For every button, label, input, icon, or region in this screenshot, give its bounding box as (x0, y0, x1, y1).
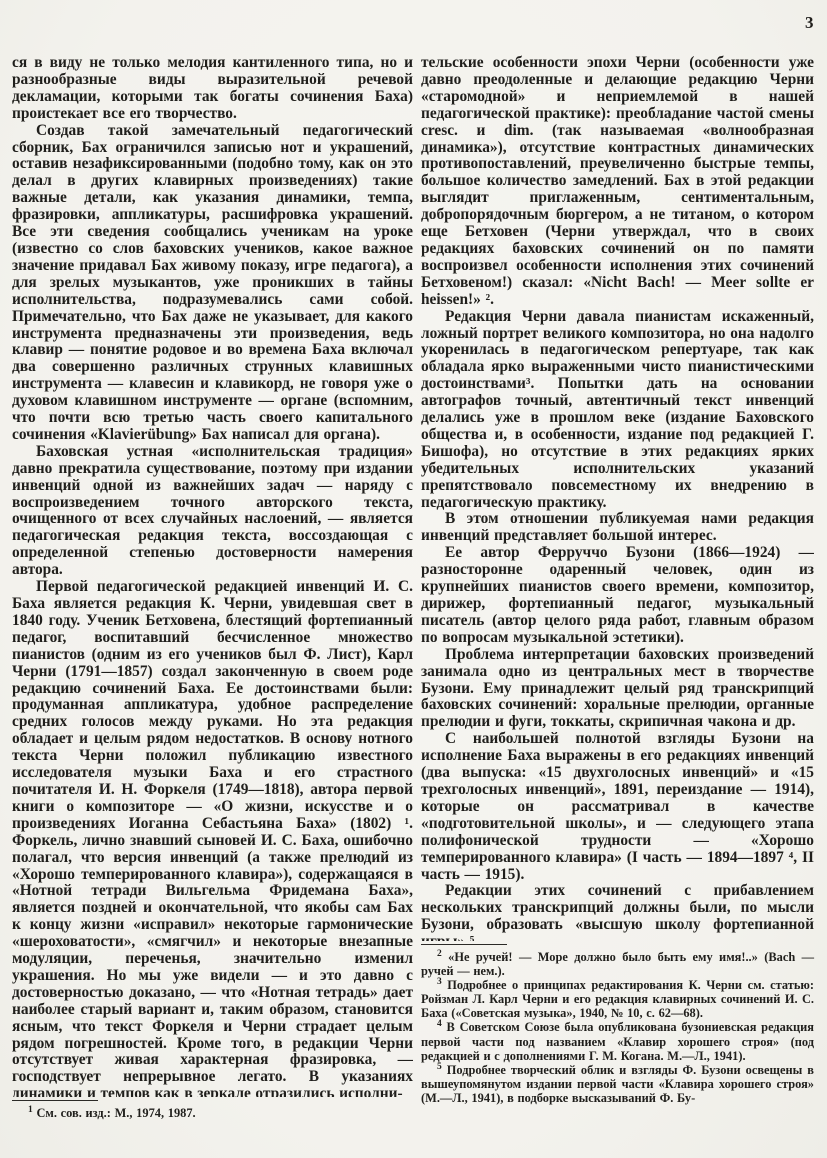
footnote: 5 Подробнее творческий облик и взгляды Ф… (421, 1063, 814, 1105)
footnote: 3 Подробнее о принципах редактирования К… (421, 978, 814, 1020)
scanned-book-page: 3 ся в виду не только мелодия кантиленно… (0, 0, 827, 1158)
footnote-marker: 2 (437, 949, 442, 959)
paragraph: Редакция Черни давала пианистам искаженн… (421, 309, 814, 512)
paragraph: Ее автор Ферруччо Бузони (1866—1924) — р… (421, 545, 814, 646)
footnote-text: «Не ручей! — Море должно было быть ему и… (421, 950, 814, 978)
footnote-marker: 5 (437, 1062, 442, 1072)
paragraph: Редакции этих сочинений с прибавлением н… (421, 883, 814, 941)
footnote-text: Подробнее о принципах редактирования К. … (421, 978, 814, 1020)
footnote: 1 См. сов. изд.: М., 1974, 1987. (12, 1106, 412, 1120)
left-column: ся в виду не только мелодия кантиленного… (12, 55, 413, 1097)
footnote-marker: 4 (437, 1019, 442, 1029)
left-footnotes: 1 См. сов. изд.: М., 1974, 1987. (12, 1100, 412, 1120)
paragraph: С наибольшей полнотой взгляды Бузони на … (421, 731, 814, 883)
footnote-divider (12, 1100, 98, 1101)
paragraph: тельские особенности эпохи Черни (особен… (421, 55, 814, 309)
paragraph: ся в виду не только мелодия кантиленного… (12, 55, 413, 123)
paragraph: Первой педагогической редакцией инвенций… (12, 579, 413, 1097)
paragraph: В этом отношении публикуемая нами редакц… (421, 511, 814, 545)
footnote-text: См. сов. изд.: М., 1974, 1987. (36, 1106, 195, 1120)
footnote-marker: 3 (437, 977, 442, 987)
right-column: тельские особенности эпохи Черни (особен… (421, 55, 814, 941)
paragraph: Проблема интерпретации баховских произве… (421, 647, 814, 732)
footnote-divider (421, 944, 507, 945)
footnote-text: В Советском Союзе была опубликована бузо… (421, 1020, 814, 1062)
paragraph: Создав такой замечательный педагогически… (12, 123, 413, 444)
footnote: 4 В Советском Союзе была опубликована бу… (421, 1020, 814, 1062)
right-footnotes: 2 «Не ручей! — Море должно было быть ему… (421, 944, 814, 1105)
page-number: 3 (805, 13, 814, 33)
footnote-marker: 1 (28, 1105, 33, 1115)
footnote: 2 «Не ручей! — Море должно было быть ему… (421, 950, 814, 978)
footnote-text: Подробнее творческий облик и взгляды Ф. … (421, 1063, 814, 1105)
paragraph: Баховская устная «исполнительская традиц… (12, 444, 413, 579)
